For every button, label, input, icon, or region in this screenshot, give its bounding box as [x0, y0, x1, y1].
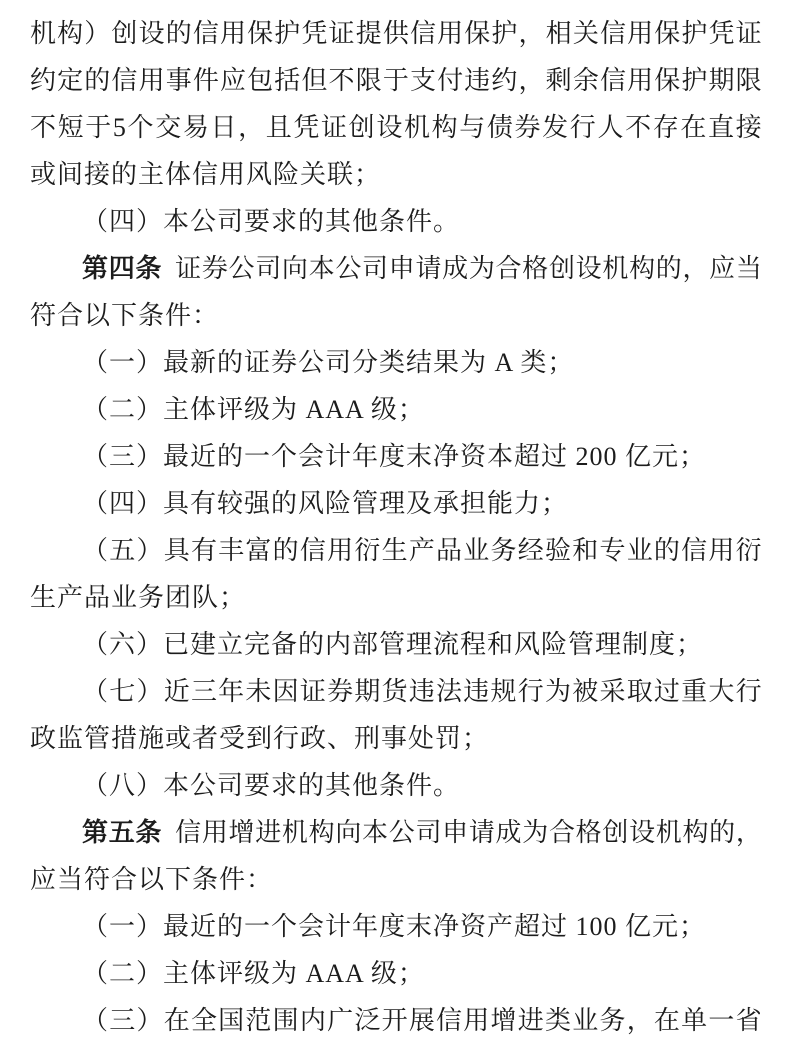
text-char: 证: [300, 668, 326, 715]
text-char: 信: [175, 809, 201, 856]
text-char: 用: [220, 10, 246, 57]
text-char: 证: [736, 10, 762, 57]
text-line-article-5-2: 应当符合以下条件：: [30, 856, 762, 903]
text-char: 用: [437, 10, 463, 57]
text-char: 司: [362, 245, 388, 292]
text-line-clause-continuation-3: 不短于5个交易日，且凭证创设机构与债券发行人不存在直接: [30, 104, 762, 151]
text-char: 于: [85, 104, 111, 151]
text-char: 请: [415, 245, 441, 292]
text-char: 向: [282, 245, 308, 292]
text-char: 取: [627, 668, 653, 715]
text-char: 当: [736, 245, 762, 292]
text-char: 信: [300, 527, 326, 574]
text-char: 信: [681, 527, 707, 574]
text-char: （: [82, 527, 108, 574]
text-char: 类: [545, 997, 571, 1044]
text-char: 不: [329, 57, 355, 104]
document-page: 机构）创设的信用保护凭证提供信用保护，相关信用保护凭证约定的信用事件应包括但不限…: [0, 0, 791, 1064]
text-char: 有: [191, 527, 217, 574]
text-char: 用: [202, 809, 228, 856]
text-char: 债: [487, 104, 513, 151]
text-char: 的: [654, 527, 680, 574]
text-char: 为: [545, 668, 571, 715]
text-char: 机: [282, 809, 308, 856]
text-char: 在: [164, 997, 190, 1044]
text-char: 剩: [546, 57, 572, 104]
text-char: 应: [709, 245, 735, 292]
text-char: 验: [545, 527, 571, 574]
text-line-clause-continuation-2: 约定的信用事件应包括但不限于支付违约，剩余信用保护期限: [30, 57, 762, 104]
text-char: 广: [327, 997, 353, 1044]
text-char: 经: [518, 527, 544, 574]
text-char: 公: [335, 245, 361, 292]
text-line-clause-continuation-1: 机构）创设的信用保护凭证提供信用保护，相关信用保护凭证: [30, 10, 762, 57]
text-char: 用: [627, 57, 653, 104]
text-char: ，: [736, 809, 762, 856]
text-char: 接: [736, 104, 762, 151]
text-line-article-4-1: 第四条证券公司向本公司申请成为合格创设机构的，应当: [30, 245, 762, 292]
text-char: 付: [437, 57, 463, 104]
text-char: 被: [572, 668, 598, 715]
text-char: 期: [354, 668, 380, 715]
text-char: 构: [629, 245, 655, 292]
text-char: 法: [436, 668, 462, 715]
text-char: 存: [653, 104, 679, 151]
text-char: 创: [111, 10, 137, 57]
text-char: 单: [681, 997, 707, 1044]
text-char: 设: [629, 809, 655, 856]
text-char: 关: [573, 10, 599, 57]
text-char: 在: [654, 997, 680, 1044]
text-line-article-4-item-2-1: （二）主体评级为 AAA 级；: [30, 386, 762, 433]
text-char: 本: [362, 809, 388, 856]
text-char: 交: [155, 104, 181, 151]
text-line-article-5-item-1-1: （一）最近的一个会计年度末净资产超过 100 亿元；: [30, 903, 762, 950]
text-line-article-4-item-7-2: 政监管措施或者受到行政、刑事处罚；: [30, 715, 762, 762]
text-char: 个: [128, 104, 154, 151]
text-char: 日: [210, 104, 236, 151]
text-char: 公: [389, 809, 415, 856]
text-char: 提: [356, 10, 382, 57]
text-char: 设: [376, 104, 402, 151]
text-char: 件: [193, 57, 219, 104]
text-char: 余: [573, 57, 599, 104]
text-char: 范: [245, 997, 271, 1044]
text-char: 凭: [709, 10, 735, 57]
text-char: 年: [218, 668, 244, 715]
text-char: 行: [570, 104, 596, 151]
text-line-clause-continuation-4: 或间接的主体信用风险关联；: [30, 151, 762, 198]
text-char: 期: [709, 57, 735, 104]
text-char: 保: [654, 10, 680, 57]
text-char: 的: [273, 527, 299, 574]
article-number-char: 五: [109, 809, 135, 856]
text-char: 行: [736, 668, 762, 715]
text-line-article-5-1: 第五条信用增进机构向本公司申请成为合格创设机构的，: [30, 809, 762, 856]
text-char: 限: [356, 57, 382, 104]
text-char: 重: [681, 668, 707, 715]
text-char: 增: [229, 809, 255, 856]
text-line-article-4-item-5-2: 生产品业务团队；: [30, 574, 762, 621]
text-char: 信: [111, 57, 137, 104]
text-char: 衍: [736, 527, 762, 574]
text-char: 保: [654, 57, 680, 104]
text-char: ）: [84, 10, 110, 57]
text-char: 公: [229, 245, 255, 292]
text-line-prev-article-item-4-1: （四）本公司要求的其他条件。: [30, 198, 762, 245]
text-char: 构: [682, 809, 708, 856]
text-char: 创: [549, 245, 575, 292]
text-line-article-5-item-2-1: （二）主体评级为 AAA 级；: [30, 950, 762, 997]
text-line-article-4-item-6-1: （六）已建立完备的内部管理流程和风险管理制度；: [30, 621, 762, 668]
text-char: 国: [218, 997, 244, 1044]
text-char: 生: [382, 527, 408, 574]
text-char: 人: [597, 104, 623, 151]
text-char: 大: [708, 668, 734, 715]
text-char: 业: [572, 997, 598, 1044]
text-char: 机: [602, 245, 628, 292]
text-char: 一: [708, 997, 734, 1044]
text-char: 机: [404, 104, 430, 151]
text-char: 券: [327, 668, 353, 715]
text-char: 全: [191, 997, 217, 1044]
text-char: 直: [708, 104, 734, 151]
text-char: 的: [84, 57, 110, 104]
text-char: ，: [238, 104, 264, 151]
text-char: 但: [301, 57, 327, 104]
text-char: 创: [349, 104, 375, 151]
text-char: ）: [136, 997, 162, 1044]
text-char: 凭: [293, 104, 319, 151]
text-char: 专: [599, 527, 625, 574]
text-char: 信: [436, 997, 462, 1044]
article-number-char: 第: [82, 809, 108, 856]
text-char: 的: [709, 809, 735, 856]
text-char: 未: [245, 668, 271, 715]
text-char: 用: [627, 10, 653, 57]
text-char: 在: [680, 104, 706, 151]
text-char: 括: [274, 57, 300, 104]
text-char: 务: [491, 527, 517, 574]
text-char: 凭: [301, 10, 327, 57]
text-char: 定: [57, 57, 83, 104]
text-char: （: [82, 668, 108, 715]
text-char: 衍: [354, 527, 380, 574]
text-char: 与: [459, 104, 485, 151]
text-char: 和: [572, 527, 598, 574]
text-char: 违: [464, 57, 490, 104]
text-char: 本: [309, 245, 335, 292]
text-char: 申: [442, 809, 468, 856]
text-char: 五: [109, 527, 135, 574]
text-char: 务: [599, 997, 625, 1044]
text-char: 进: [255, 809, 281, 856]
text-char: 申: [389, 245, 415, 292]
text-char: 富: [245, 527, 271, 574]
text-char: 不: [30, 104, 56, 151]
text-char: 丰: [218, 527, 244, 574]
text-char: ，: [519, 10, 545, 57]
article-number-char: 条: [135, 245, 161, 292]
text-char: 短: [58, 104, 84, 151]
text-char: 机: [656, 809, 682, 856]
text-char: 展: [409, 997, 435, 1044]
text-char: 保: [247, 10, 273, 57]
text-line-article-4-item-8-1: （八）本公司要求的其他条件。: [30, 762, 762, 809]
text-char: 司: [415, 809, 441, 856]
text-char: 创: [602, 809, 628, 856]
text-char: 围: [273, 997, 299, 1044]
text-char: 护: [491, 10, 517, 57]
text-char: 不: [625, 104, 651, 151]
text-char: 因: [273, 668, 299, 715]
text-char: 券: [515, 104, 541, 151]
text-char: 设: [576, 245, 602, 292]
text-char: ，: [682, 245, 708, 292]
text-char: 采: [599, 668, 625, 715]
text-char: 事: [166, 57, 192, 104]
text-char: 为: [469, 245, 495, 292]
text-line-article-4-item-1-1: （一）最新的证券公司分类结果为 A 类；: [30, 339, 762, 386]
text-char: ，: [627, 997, 653, 1044]
text-char: 业: [463, 527, 489, 574]
text-char: 护: [681, 57, 707, 104]
text-char: 供: [383, 10, 409, 57]
text-char: 证: [175, 245, 201, 292]
text-char: 合: [496, 245, 522, 292]
text-char: 用: [139, 57, 165, 104]
text-char: 于: [383, 57, 409, 104]
text-char: 护: [274, 10, 300, 57]
text-char: 七: [109, 668, 135, 715]
text-char: 品: [436, 527, 462, 574]
text-char: 护: [681, 10, 707, 57]
text-line-article-4-2: 符合以下条件：: [30, 292, 762, 339]
text-char: ，: [519, 57, 545, 104]
text-char: 信: [410, 10, 436, 57]
text-char: 省: [736, 997, 762, 1044]
text-char: 违: [463, 668, 489, 715]
text-char: （: [82, 997, 108, 1044]
text-char: 约: [491, 57, 517, 104]
text-char: 构: [309, 809, 335, 856]
text-char: 请: [469, 809, 495, 856]
text-char: 券: [202, 245, 228, 292]
text-char: 用: [327, 527, 353, 574]
text-char: 开: [382, 997, 408, 1044]
text-line-article-4-item-4-1: （四）具有较强的风险管理及承担能力；: [30, 480, 762, 527]
text-char: 保: [464, 10, 490, 57]
text-char: 司: [255, 245, 281, 292]
text-char: 的: [656, 245, 682, 292]
text-char: 构: [432, 104, 458, 151]
text-char: 规: [491, 668, 517, 715]
text-char: 业: [627, 527, 653, 574]
text-char: 内: [300, 997, 326, 1044]
text-char: 的: [166, 10, 192, 57]
text-char: 发: [542, 104, 568, 151]
text-char: 约: [30, 57, 56, 104]
text-line-article-4-item-3-1: （三）最近的一个会计年度末净资本超过 200 亿元；: [30, 433, 762, 480]
text-char: 格: [522, 245, 548, 292]
document-body: 机构）创设的信用保护凭证提供信用保护，相关信用保护凭证约定的信用事件应包括但不限…: [30, 10, 762, 1044]
text-char: 用: [463, 997, 489, 1044]
article-number-char: 四: [109, 245, 135, 292]
text-char: 增: [491, 997, 517, 1044]
text-char: 合: [549, 809, 575, 856]
text-char: 泛: [354, 997, 380, 1044]
text-char: 用: [708, 527, 734, 574]
text-char: 限: [736, 57, 762, 104]
text-char: 设: [139, 10, 165, 57]
article-number-char: 条: [135, 809, 161, 856]
text-char: ）: [136, 527, 162, 574]
text-char: 信: [193, 10, 219, 57]
text-char: 三: [109, 997, 135, 1044]
article-number-char: 第: [82, 245, 108, 292]
text-char: 相: [546, 10, 572, 57]
text-char: 且: [266, 104, 292, 151]
text-char: 5: [113, 104, 126, 151]
text-char: 信: [600, 57, 626, 104]
text-char: 包: [247, 57, 273, 104]
text-char: 应: [220, 57, 246, 104]
text-char: 行: [518, 668, 544, 715]
text-char: 支: [410, 57, 436, 104]
text-char: 近: [164, 668, 190, 715]
text-char: 向: [335, 809, 361, 856]
text-line-article-5-item-3-1: （三）在全国范围内广泛开展信用增进类业务，在单一省: [30, 997, 762, 1044]
text-char: 易: [183, 104, 209, 151]
text-char: 信: [600, 10, 626, 57]
text-line-article-4-item-5-1: （五）具有丰富的信用衍生产品业务经验和专业的信用衍: [30, 527, 762, 574]
text-char: 构: [57, 10, 83, 57]
text-char: 违: [409, 668, 435, 715]
text-char: ）: [136, 668, 162, 715]
text-char: 格: [576, 809, 602, 856]
text-char: 过: [654, 668, 680, 715]
text-char: 进: [518, 997, 544, 1044]
text-char: 成: [442, 245, 468, 292]
text-char: 证: [329, 10, 355, 57]
text-line-article-4-item-7-1: （七）近三年未因证券期货违法违规行为被采取过重大行: [30, 668, 762, 715]
text-char: 货: [382, 668, 408, 715]
text-char: 具: [164, 527, 190, 574]
text-char: 证: [321, 104, 347, 151]
text-char: 成: [496, 809, 522, 856]
text-char: 三: [191, 668, 217, 715]
text-char: 产: [409, 527, 435, 574]
text-char: 机: [30, 10, 56, 57]
text-char: 为: [522, 809, 548, 856]
